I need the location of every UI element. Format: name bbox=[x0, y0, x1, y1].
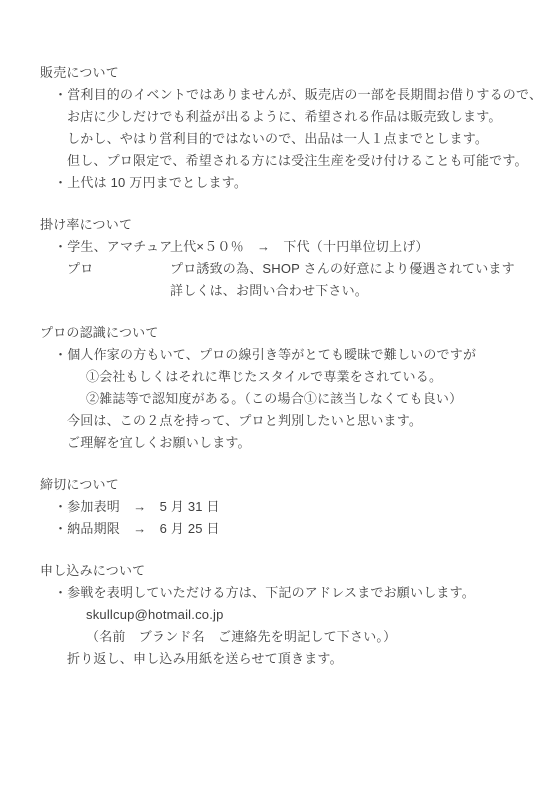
text-line: しかし、やはり営利目的ではないので、出品は一人１点までとします。 bbox=[40, 128, 542, 150]
text-line: ・営利目的のイベントではありませんが、販売店の一部を長期間お借りするので、 bbox=[40, 84, 542, 106]
section-heading: 販売について bbox=[40, 62, 542, 84]
text-line: プロプロ誘致の為、SHOP さんの好意により優遇されています bbox=[40, 258, 542, 280]
text-line: ・納品期限 → 6 月 25 日 bbox=[40, 518, 542, 540]
detail-column: 詳しくは、お問い合わせ下さい。 bbox=[170, 280, 368, 302]
section-pro-definition: プロの認識について・個人作家の方もいて、プロの線引き等がとても曖昧で難しいのです… bbox=[40, 322, 542, 454]
section-application: 申し込みについて・参戦を表明していただける方は、下記のアドレスまでお願いします。… bbox=[40, 560, 542, 670]
detail-column: プロ誘致の為、SHOP さんの好意により優遇されています bbox=[170, 258, 515, 280]
section-heading: 締切について bbox=[40, 474, 542, 496]
detail-column: 上代×５０％ → 下代（十円単位切上げ） bbox=[170, 236, 429, 258]
text-line: 今回は、この２点を持って、プロと判別したいと思います。 bbox=[40, 410, 542, 432]
email-address: skullcup@hotmail.co.jp bbox=[40, 604, 542, 626]
text-line: ・参加表明 → 5 月 31 日 bbox=[40, 496, 542, 518]
section-sales: 販売について・営利目的のイベントではありませんが、販売店の一部を長期間お借りする… bbox=[40, 62, 542, 194]
text-line: ご理解を宜しくお願いします。 bbox=[40, 432, 542, 454]
text-line: ・個人作家の方もいて、プロの線引き等がとても曖昧で難しいのですが bbox=[40, 344, 542, 366]
text-line: ・学生、アマチュア上代×５０％ → 下代（十円単位切上げ） bbox=[40, 236, 542, 258]
text-line: ・上代は 10 万円までとします。 bbox=[40, 172, 542, 194]
document: 販売について・営利目的のイベントではありませんが、販売店の一部を長期間お借りする… bbox=[40, 0, 542, 670]
text-line: （名前 ブランド名 ご連絡先を明記して下さい。） bbox=[40, 626, 542, 648]
section-rate: 掛け率について・学生、アマチュア上代×５０％ → 下代（十円単位切上げ）プロプロ… bbox=[40, 214, 542, 302]
text-line: ②雑誌等で認知度がある。（この場合①に該当しなくても良い） bbox=[40, 388, 542, 410]
text-line: お店に少しだけでも利益が出るように、希望される作品は販売致します。 bbox=[40, 106, 542, 128]
text-line: ・参戦を表明していただける方は、下記のアドレスまでお願いします。 bbox=[40, 582, 542, 604]
section-heading: 申し込みについて bbox=[40, 560, 542, 582]
section-heading: 掛け率について bbox=[40, 214, 542, 236]
text-line: 但し、プロ限定で、希望される方には受注生産を受け付けることも可能です。 bbox=[40, 150, 542, 172]
section-deadline: 締切について・参加表明 → 5 月 31 日・納品期限 → 6 月 25 日 bbox=[40, 474, 542, 540]
section-heading: プロの認識について bbox=[40, 322, 542, 344]
text-line: 折り返し、申し込み用紙を送らせて頂きます。 bbox=[40, 648, 542, 670]
text-line: 詳しくは、お問い合わせ下さい。 bbox=[40, 280, 542, 302]
text-line: ①会社もしくはそれに準じたスタイルで専業をされている。 bbox=[40, 366, 542, 388]
